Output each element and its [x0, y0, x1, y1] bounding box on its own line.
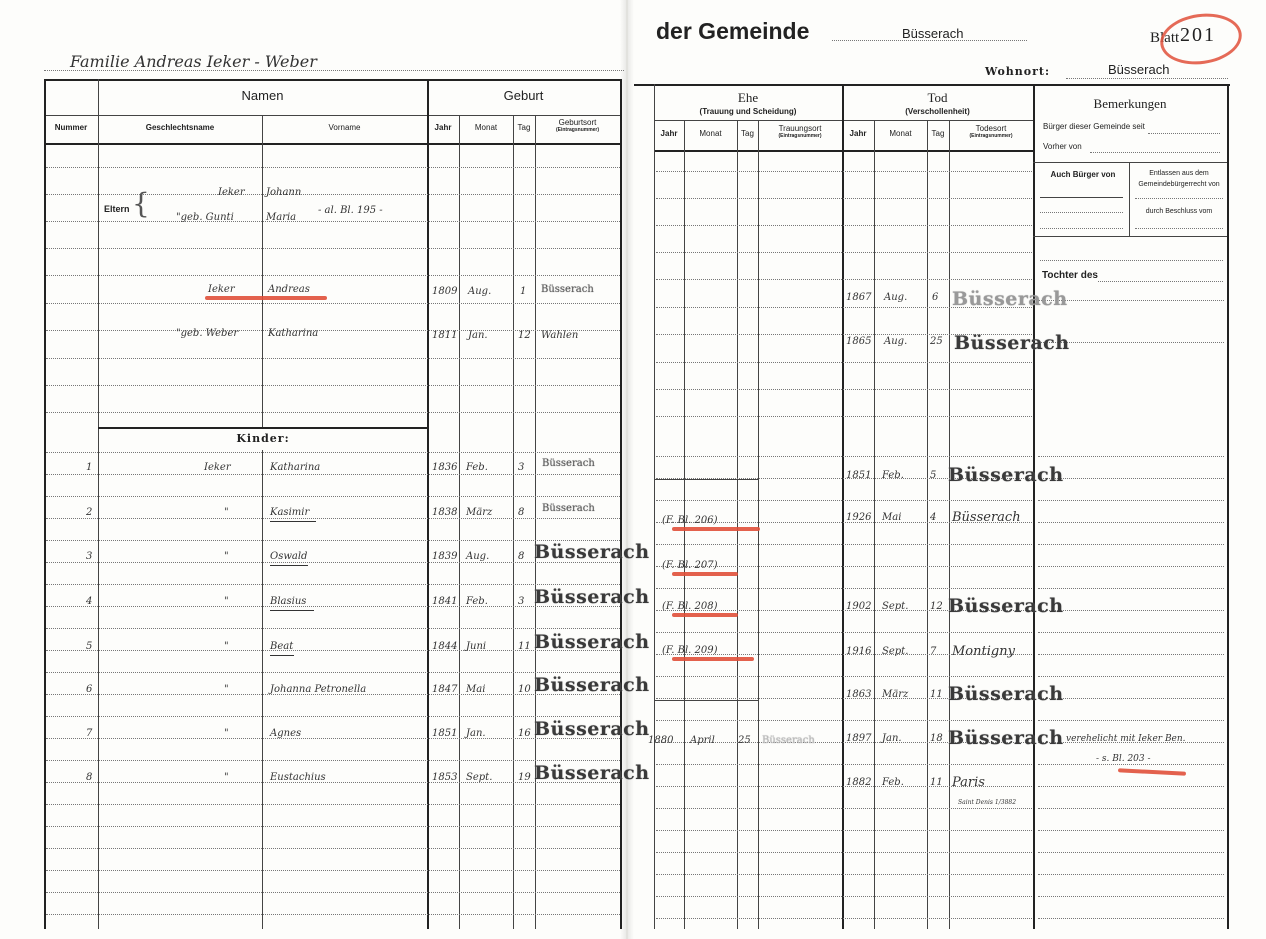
child-death-year: 1882 — [846, 777, 871, 788]
child-birth-day: 3 — [518, 462, 524, 473]
citizen-since-label: Bürger dieser Gemeinde seit — [1043, 122, 1145, 131]
header-death-place-sub: (Eintragsnummer) — [949, 133, 1033, 139]
child-marriage-day: 25 — [738, 735, 751, 746]
child-death-year: 1916 — [846, 646, 871, 657]
child-7-remark: verehelicht mit Ieker Ben. — [1066, 734, 1186, 744]
child-birthplace-stamp: Büsserach — [542, 458, 595, 469]
header-marriage-place-label: Trauungsort — [779, 124, 822, 133]
mother-surname: "geb. Gunti — [176, 212, 234, 223]
row-rule — [46, 221, 620, 222]
row-rule — [656, 764, 1032, 765]
child-birth-day: 8 — [518, 551, 524, 562]
row-rule — [46, 716, 620, 717]
row-rule — [656, 171, 1032, 172]
child-death-month: Sept. — [882, 646, 908, 657]
child-death-place-stamp: Büsserach — [948, 595, 1064, 617]
child-marriage-place: Büsserach — [762, 735, 815, 746]
child-surname: " — [224, 684, 229, 695]
header-number: Nummer — [44, 123, 98, 132]
child-birth-day: 19 — [518, 772, 531, 783]
child-birth-day: 16 — [518, 728, 531, 739]
mother-first-name: Maria — [266, 212, 296, 223]
child-first-name: Beat — [270, 641, 293, 652]
row-rule — [1038, 676, 1224, 677]
row-rule — [1038, 610, 1224, 611]
row-rule — [46, 385, 620, 386]
death-month: Aug. — [884, 292, 907, 303]
row-rule — [656, 632, 1032, 633]
child-birth-day: 3 — [518, 596, 524, 607]
highlight-underline — [672, 657, 754, 661]
header-death-sub: (Verschollenheit) — [842, 107, 1033, 116]
child-birth-year: 1851 — [432, 728, 457, 739]
previously-from-rule — [1090, 152, 1220, 153]
child-surname: " — [224, 772, 229, 783]
row-rule — [1038, 566, 1224, 567]
row-rule — [1038, 654, 1224, 655]
child-death-month: Feb. — [882, 470, 904, 481]
child-death-place-stamp: Büsserach — [948, 464, 1064, 486]
child-birth-day: 11 — [518, 641, 531, 652]
released-from-label: Entlassen aus dem Gemeindebürgerrecht vo… — [1133, 168, 1225, 190]
row-rule — [656, 416, 1032, 417]
parents-brace: { — [132, 190, 150, 218]
row-rule — [1038, 918, 1224, 919]
by-decision-label: durch Beschluss vom — [1133, 208, 1225, 215]
row-rule — [656, 456, 1032, 457]
child-birth-month: Mai — [466, 684, 485, 695]
child-7-remark-ref: - s. Bl. 203 - — [1096, 754, 1151, 764]
child-birth-month: Sept. — [466, 772, 492, 783]
child-surname: " — [224, 551, 229, 562]
row-rule — [656, 676, 1032, 677]
header-death-place-label: Todesort — [976, 124, 1007, 133]
header-birth-year: Jahr — [427, 123, 459, 132]
header-birthplace-label: Geburtsort — [559, 118, 597, 127]
child-birth-month: Aug. — [466, 551, 489, 562]
header-remarks: Bemerkungen — [1033, 96, 1227, 112]
row-rule — [1038, 544, 1224, 545]
row-rule — [656, 198, 1032, 199]
row-rule — [46, 496, 620, 497]
child-death-year: 1902 — [846, 601, 871, 612]
child-death-year: 1851 — [846, 470, 871, 481]
child-birth-month: Feb. — [466, 462, 488, 473]
row-rule — [656, 852, 1032, 853]
row-rule — [46, 474, 620, 475]
family-title: Familie Andreas Ieker - Weber — [70, 52, 317, 71]
row-rule — [46, 760, 620, 761]
header-death-day: Tag — [927, 129, 949, 138]
death-day: 6 — [932, 292, 938, 303]
birthplace-stamp: Büsserach — [541, 284, 594, 295]
row-rule — [46, 452, 620, 453]
child-first-name: Johanna Petronella — [270, 684, 366, 695]
header-first-name: Vorname — [262, 123, 427, 132]
child-first-name: Agnes — [270, 728, 301, 739]
child-first-name: Kasimir — [270, 507, 309, 518]
row-rule — [1038, 456, 1224, 457]
row-rule — [1038, 830, 1224, 831]
row-rule — [1038, 896, 1224, 897]
child-number: 2 — [86, 507, 92, 518]
row-rule — [46, 870, 620, 871]
father-first-name: Johann — [266, 187, 301, 198]
row-rule — [46, 914, 620, 915]
child-surname: " — [224, 596, 229, 607]
child-death-month: Sept. — [882, 601, 908, 612]
birth-day: 12 — [518, 330, 531, 341]
child-birth-year: 1839 — [432, 551, 457, 562]
child-birth-year: 1838 — [432, 507, 457, 518]
death-place-stamp: Büsserach — [952, 288, 1068, 310]
parents-label: Eltern — [104, 204, 130, 214]
child-marriage-year: 1880 — [648, 735, 673, 746]
row-rule — [46, 167, 620, 168]
row-rule — [656, 720, 1032, 721]
child-birthplace-stamp: Büsserach — [534, 674, 650, 696]
child-birth-year: 1841 — [432, 596, 457, 607]
child-death-month: Jan. — [882, 733, 902, 744]
death-year: 1867 — [846, 292, 871, 303]
row-rule — [46, 330, 620, 331]
row-rule — [1038, 588, 1224, 589]
header-marriage-month: Monat — [684, 129, 737, 138]
row-rule — [656, 252, 1032, 253]
child-surname: " — [224, 728, 229, 739]
row-rule — [656, 808, 1032, 809]
header-death: Tod — [842, 90, 1033, 106]
row-rule — [46, 848, 620, 849]
child-death-day: 11 — [930, 777, 943, 788]
row-rule — [46, 248, 620, 249]
child-family-sheet-ref: (F. Bl. 206) — [662, 515, 718, 526]
birth-day: 1 — [520, 286, 526, 297]
name-underline — [270, 565, 308, 566]
child-birthplace-stamp: Büsserach — [534, 541, 650, 563]
child-death-day: 4 — [930, 512, 936, 523]
child-birthplace-stamp: Büsserach — [534, 586, 650, 608]
child-marriage-month: April — [690, 735, 715, 746]
daughter-of-label: Tochter des — [1042, 270, 1098, 281]
also-citizen-label: Auch Bürger von — [1040, 170, 1126, 179]
highlight-underline — [672, 527, 760, 531]
children-label: Kinder: — [98, 432, 428, 445]
header-marriage-day: Tag — [737, 129, 758, 138]
child-death-place-stamp: Büsserach — [948, 683, 1064, 705]
child-number: 4 — [86, 596, 92, 607]
child-birth-year: 1847 — [432, 684, 457, 695]
child-first-name: Eustachius — [270, 772, 326, 783]
surname: Ieker — [208, 284, 235, 295]
title-rule — [44, 70, 624, 71]
highlight-underline — [205, 296, 327, 300]
child-death-day: 5 — [930, 470, 936, 481]
child-death-month: Feb. — [882, 777, 904, 788]
death-year: 1865 — [846, 336, 871, 347]
row-rule — [46, 518, 620, 519]
row-rule — [1038, 500, 1224, 501]
row-rule — [656, 389, 1032, 390]
first-name: Katharina — [268, 328, 318, 339]
residence-label: Wohnort: — [985, 65, 1050, 78]
page-gutter — [620, 0, 634, 939]
birth-month: Aug. — [468, 286, 491, 297]
child-death-year: 1926 — [846, 512, 871, 523]
row-rule — [1038, 808, 1224, 809]
mother-note: - al. Bl. 195 - — [318, 205, 383, 216]
child-surname: Ieker — [204, 462, 231, 473]
sheet-number-circle — [1157, 9, 1245, 70]
child-birth-month: März — [466, 507, 492, 518]
row-rule — [46, 804, 620, 805]
row-rule — [656, 896, 1032, 897]
row-rule — [46, 275, 620, 276]
name-underline — [270, 655, 294, 656]
child-birthplace-stamp: Büsserach — [534, 762, 650, 784]
child-birthplace-stamp: Büsserach — [534, 718, 650, 740]
municipality-label: der Gemeinde — [656, 18, 809, 45]
row-rule — [656, 362, 1032, 363]
row-rule — [1038, 478, 1224, 479]
child-number: 6 — [86, 684, 92, 695]
row-rule — [656, 918, 1032, 919]
death-month: Aug. — [884, 336, 907, 347]
name-underline — [270, 610, 314, 611]
residence-rule — [1066, 78, 1228, 79]
row-rule — [46, 672, 620, 673]
child-birthplace-stamp: Büsserach — [534, 631, 650, 653]
death-place-stamp: Büsserach — [954, 332, 1070, 354]
row-rule — [46, 628, 620, 629]
child-death-place: Montigny — [952, 644, 1015, 659]
child-birth-day: 10 — [518, 684, 531, 695]
child-death-month: Mai — [882, 512, 901, 523]
row-rule — [46, 892, 620, 893]
child-birth-year: 1844 — [432, 641, 457, 652]
row-rule — [46, 412, 620, 413]
row-rule — [1038, 698, 1224, 699]
child-death-place: Paris — [952, 775, 985, 790]
child-death-year: 1863 — [846, 689, 871, 700]
child-birthplace-stamp: Büsserach — [542, 503, 595, 514]
row-rule — [46, 358, 620, 359]
row-rule — [1038, 852, 1224, 853]
child-death-day: 7 — [930, 646, 936, 657]
child-death-day: 18 — [930, 733, 943, 744]
child-first-name: Katharina — [270, 462, 320, 473]
row-rule — [656, 588, 1032, 589]
row-rule — [1038, 522, 1224, 523]
previously-from-label: Vorher von — [1043, 142, 1082, 151]
row-rule — [656, 874, 1032, 875]
row-rule — [46, 303, 620, 304]
child-death-year: 1897 — [846, 733, 871, 744]
death-day: 25 — [930, 336, 943, 347]
highlight-underline — [672, 572, 738, 576]
row-rule — [46, 826, 620, 827]
child-birth-year: 1853 — [432, 772, 457, 783]
child-death-day: 12 — [930, 601, 943, 612]
row-rule — [656, 830, 1032, 831]
header-birth-day: Tag — [513, 123, 535, 132]
header-marriage-sub: (Trauung und Scheidung) — [654, 107, 842, 116]
municipality-value: Büsserach — [902, 26, 963, 41]
row-rule — [656, 500, 1032, 501]
child-family-sheet-ref: (F. Bl. 207) — [662, 560, 718, 571]
child-number: 1 — [86, 462, 92, 473]
first-name: Andreas — [268, 284, 310, 295]
child-family-sheet-ref: (F. Bl. 209) — [662, 645, 718, 656]
child-surname: " — [224, 507, 229, 518]
child-first-name: Oswald — [270, 551, 307, 562]
header-birthplace: Geburtsort(Eintragsnummer) — [535, 118, 620, 133]
birthplace: Wahlen — [541, 330, 578, 341]
header-marriage: Ehe — [654, 90, 842, 106]
child-death-day: 11 — [930, 689, 943, 700]
header-death-month: Monat — [874, 129, 927, 138]
header-birth: Geburt — [427, 88, 620, 103]
row-rule — [1038, 874, 1224, 875]
row-rule — [1038, 764, 1224, 765]
child-birth-month: Juni — [466, 641, 486, 652]
birth-year: 1809 — [432, 286, 457, 297]
highlight-underline — [672, 613, 738, 617]
child-birth-month: Jan. — [466, 728, 486, 739]
header-birthplace-sub: (Eintragsnummer) — [535, 127, 620, 133]
name-underline — [270, 521, 316, 522]
header-marriage-year: Jahr — [654, 129, 684, 138]
header-death-year: Jahr — [842, 129, 874, 138]
row-rule — [656, 225, 1032, 226]
child-number: 8 — [86, 772, 92, 783]
header-marriage-place-sub: (Eintragsnummer) — [758, 133, 842, 139]
row-rule — [1038, 632, 1224, 633]
header-marriage-place: Trauungsort(Eintragsnummer) — [758, 124, 842, 139]
row-rule — [656, 544, 1032, 545]
child-death-place-stamp: Büsserach — [948, 727, 1064, 749]
birth-month: Jan. — [468, 330, 488, 341]
header-death-place: Todesort(Eintragsnummer) — [949, 124, 1033, 139]
citizen-since-rule — [1148, 133, 1220, 134]
child-first-name: Blasius — [270, 596, 306, 607]
surname: "geb. Weber — [176, 328, 238, 339]
header-names: Namen — [98, 88, 427, 103]
row-rule — [656, 279, 1032, 280]
child-death-place: Büsserach — [952, 510, 1021, 525]
row-rule — [1038, 720, 1224, 721]
child-birth-day: 8 — [518, 507, 524, 518]
child-number: 5 — [86, 641, 92, 652]
child-number: 3 — [86, 551, 92, 562]
child-death-month: März — [882, 689, 908, 700]
child-family-sheet-ref: (F. Bl. 208) — [662, 601, 718, 612]
father-surname: Ieker — [218, 187, 245, 198]
child-8-death-place-sub: Saint Denis 1/3882 — [958, 799, 1016, 806]
birth-year: 1811 — [432, 330, 457, 341]
child-birth-month: Feb. — [466, 596, 488, 607]
child-number: 7 — [86, 728, 92, 739]
header-birth-month: Monat — [459, 123, 513, 132]
header-surname: Geschlechtsname — [98, 123, 262, 132]
child-surname: " — [224, 641, 229, 652]
row-rule — [1038, 786, 1224, 787]
child-birth-year: 1836 — [432, 462, 457, 473]
row-rule — [46, 584, 620, 585]
residence-value: Büsserach — [1108, 62, 1169, 77]
remark-highlight-underline — [1118, 768, 1186, 776]
